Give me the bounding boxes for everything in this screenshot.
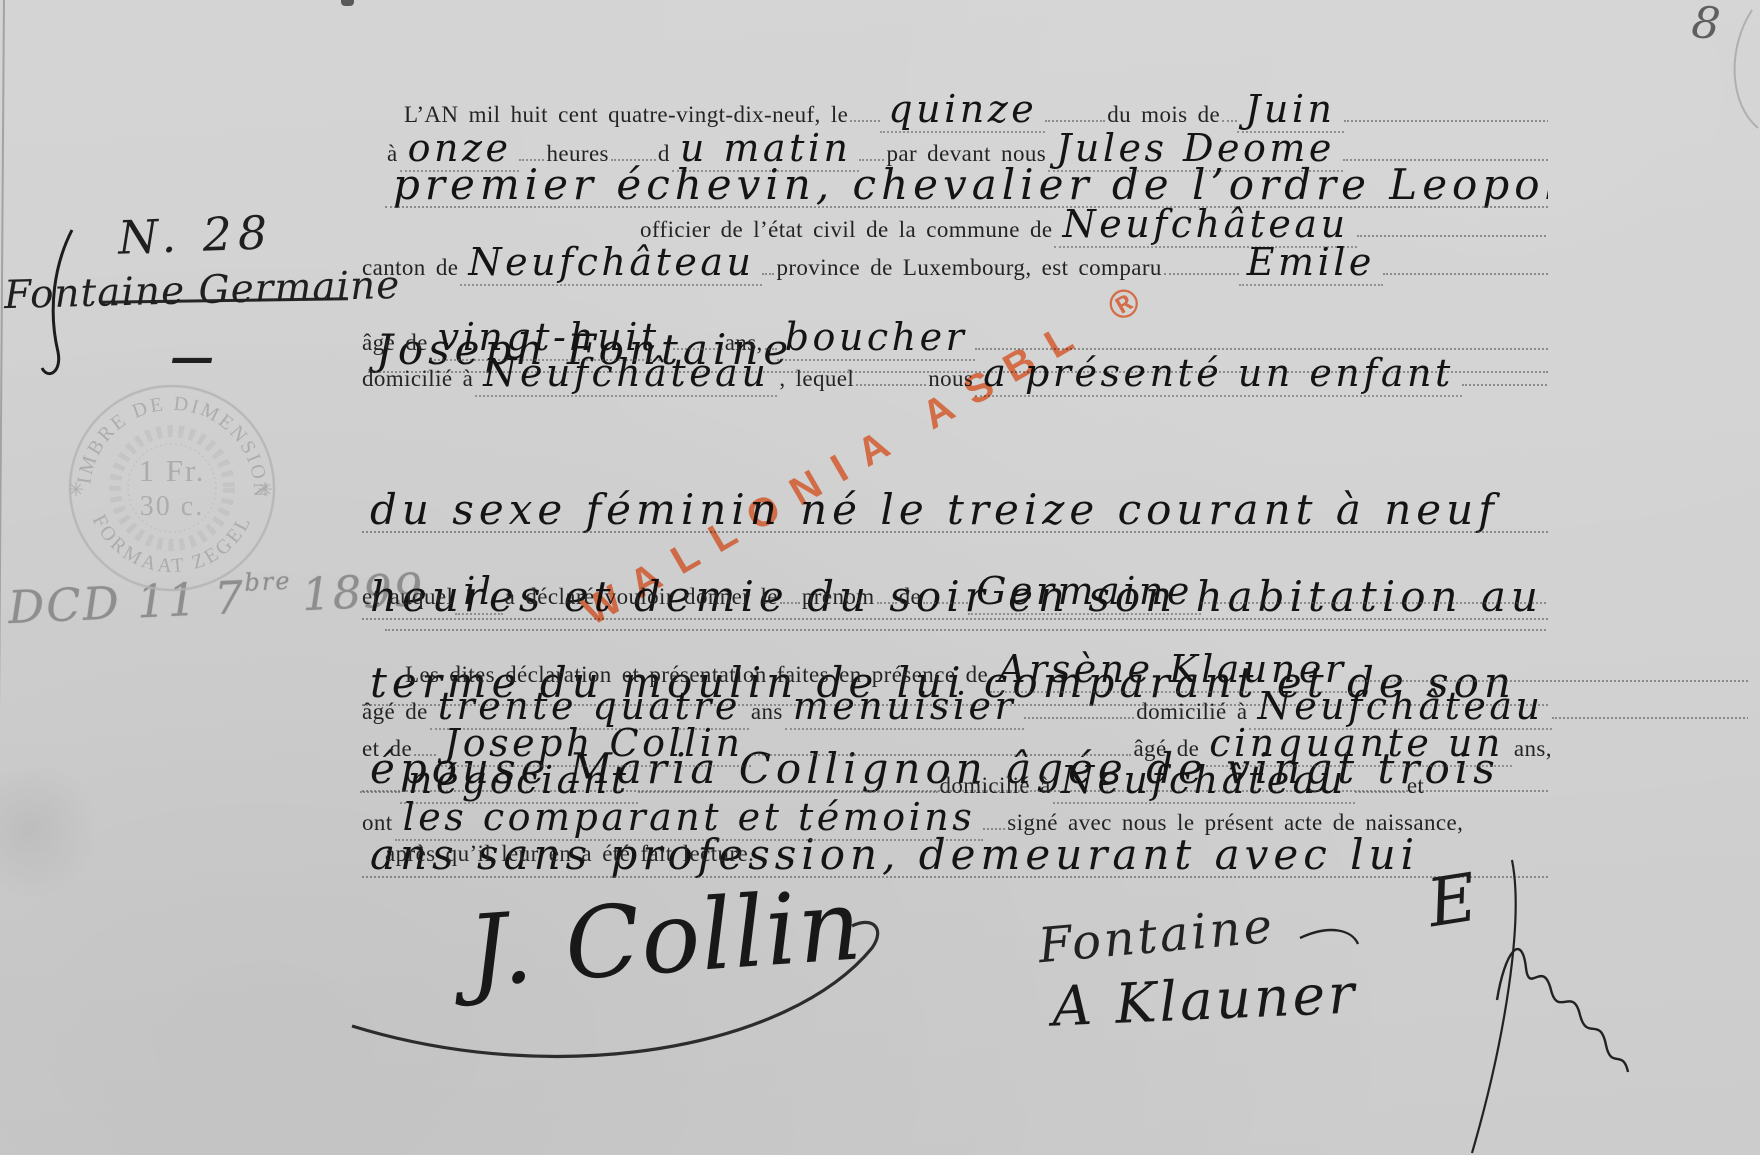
printed-text: domicilié à (938, 773, 1053, 798)
handwritten-text: du sexe féminin né le treize courant à n… (362, 489, 1507, 534)
act-line: canton deNeufchâteauprovince de Luxembou… (360, 241, 1548, 291)
printed-text: après qu’il leur en a été fait lecture. (383, 841, 756, 866)
dotted-rule (638, 785, 938, 793)
handwritten-text: Emile (1239, 241, 1383, 286)
dotted-rule (668, 342, 723, 350)
printed-text: Les dites déclaration et présentation fa… (403, 662, 990, 687)
dotted-rule (1222, 114, 1237, 122)
printed-text: âgé de (1131, 736, 1201, 761)
dotted-rule (923, 596, 968, 604)
printed-text: signé avec nous le présent acte de naiss… (1005, 810, 1465, 835)
revenue-stamp: TIMBRE DE DIMENSION FORMAAT ZEGEL ✳ ✳ 1 … (52, 374, 292, 606)
act-number: N. 28 (117, 205, 274, 264)
officer-paraph-zigzag (1497, 949, 1628, 1072)
dotted-rule (1355, 674, 1748, 682)
printed-text: par devant nous (884, 141, 1048, 166)
stamp-value-francs: 1 Fr. (139, 453, 206, 488)
birth-act-scan: N. 28 Fontaine Germaine — DCD 11 7bre189… (0, 0, 1760, 1155)
dotted-rule (983, 822, 1005, 830)
signature-collin: J. Collin (465, 868, 866, 1009)
printed-text: domicilié à (1134, 699, 1249, 724)
act-line: du sexe féminin né le treize courant à n… (362, 489, 1548, 539)
dotted-rule (519, 153, 544, 161)
dotted-rule (780, 596, 800, 604)
printed-text: et (1405, 773, 1426, 798)
signature-fontaine: Fontaine (1036, 898, 1277, 974)
printed-text: ans, (1512, 736, 1554, 761)
printed-text: du mois de (1105, 102, 1222, 127)
printed-text: ans (749, 699, 785, 724)
printed-text: province de Luxembourg, est comparu (774, 255, 1163, 280)
dotted-rule (414, 748, 436, 756)
printed-text: domicilié à (360, 366, 475, 391)
dotted-rule (1201, 596, 1548, 604)
dotted-rule (877, 596, 897, 604)
printed-text: heures (544, 141, 610, 166)
fontaine-signature-flourish (1300, 930, 1358, 944)
dotted-rule (765, 342, 777, 350)
dotted-rule (1045, 114, 1105, 122)
dotted-rule (1552, 711, 1748, 719)
dotted-rule (751, 748, 1131, 756)
corner-page-note: 8 (1689, 0, 1722, 50)
printed-text: et de (360, 736, 414, 761)
dotted-rule (1344, 114, 1549, 122)
printed-text: d (656, 141, 672, 166)
stamp-star-left-icon: ✳ (68, 480, 84, 501)
stamp-wreath (115, 431, 229, 545)
signature-klauner: A Klauner (1051, 961, 1359, 1038)
dotted-rule (1164, 267, 1239, 275)
dotted-rule (1462, 378, 1548, 386)
dotted-rule (762, 267, 774, 275)
dotted-rule (856, 378, 926, 386)
printed-text: à (385, 141, 400, 166)
officer-paraph-stroke (1472, 860, 1516, 1153)
handwritten-text: Neufchâteau (475, 352, 777, 397)
stamp-star-right-icon: ✳ (257, 480, 273, 501)
dotted-rule (1355, 785, 1405, 793)
dotted-rule (385, 623, 1548, 631)
dotted-rule (360, 785, 400, 793)
handwritten-text: Neufchâteau (460, 241, 762, 286)
scan-artifact (341, 0, 354, 6)
dotted-rule (362, 531, 1548, 533)
printed-text: L’AN mil huit cent quatre-vingt-dix-neuf… (402, 102, 850, 127)
dotted-rule (611, 153, 656, 161)
dotted-rule (1343, 153, 1548, 161)
stamp-value-centimes: 30 c. (140, 491, 204, 522)
dotted-rule (1357, 229, 1548, 237)
dotted-rule (1383, 267, 1548, 275)
printed-text: , lequel (777, 366, 856, 391)
printed-text: officier de l’état civil de la commune d… (638, 217, 1054, 242)
dotted-rule (859, 153, 884, 161)
dotted-rule (1024, 711, 1134, 719)
dotted-rule (850, 114, 880, 122)
printed-text: âgé de (360, 699, 430, 724)
printed-text: canton de (360, 255, 460, 280)
printed-text: ont (360, 810, 395, 835)
